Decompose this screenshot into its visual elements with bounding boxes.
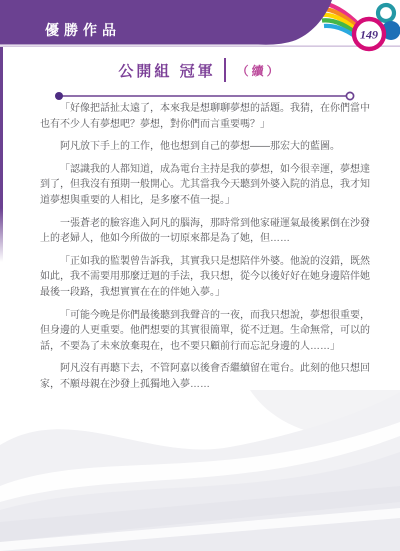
story-text: 「好像把話扯太遠了，本來我是想聊聊夢想的話題。我猜，在你們當中也有不少人有夢想吧…: [40, 101, 370, 400]
title-continued-label: （續）: [237, 62, 282, 79]
title-divider-bar: [224, 58, 226, 82]
book-page: 149 優勝作品 公開組 冠軍 （續） 「好像把話扯太遠了，本來我是想聊聊夢想的…: [0, 0, 400, 551]
rule-right-ring: [346, 92, 353, 99]
section-title: 優勝作品: [45, 20, 121, 40]
paragraph: 阿凡放下手上的工作，他也想到自己的夢想——那宏大的藍圖。: [40, 139, 370, 155]
paragraph: 一張蒼老的臉容進入阿凡的腦海，那時常到他家碰運氣最後累倒在沙發上的老婦人，他如今…: [40, 216, 370, 247]
paragraph: 「好像把話扯太遠了，本來我是想聊聊夢想的話題。我猜，在你們當中也有不少人有夢想吧…: [40, 101, 370, 132]
paragraph: 「認識我的人都知道，成為電台主持是我的夢想，如今很幸運，夢想達到了，但我沒有預期…: [40, 162, 370, 209]
paragraph: 阿凡沒有再聽下去，不管阿嘉以後會否繼續留在電台。此刻的他只想回家，不願母親在沙發…: [40, 361, 370, 392]
page-number: 149: [360, 28, 378, 42]
teal-ring-icon: [378, 5, 394, 21]
rule-left-dot: [55, 92, 63, 100]
header-underline: [0, 46, 400, 47]
title-group-award: 公開組 冠軍: [118, 60, 215, 81]
background-swoosh: [0, 390, 400, 551]
paragraph: 「可能今晚是你們最後聽到我聲音的一夜，而我只想說，夢想很重要，但身邊的人更重要。…: [40, 308, 370, 355]
page-title: 公開組 冠軍 （續）: [0, 58, 400, 82]
paragraph: 「正如我的監製曾告訴我，其實我只是想陪伴外婆。他說的沒錯，既然如此，我不需要用那…: [40, 254, 370, 301]
